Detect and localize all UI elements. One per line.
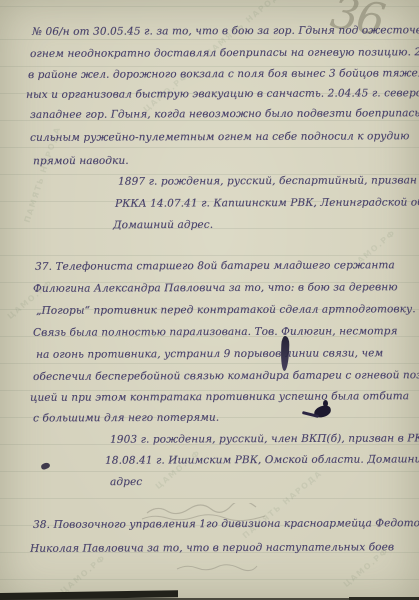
- pencil-annotation: [140, 513, 270, 523]
- handwritten-line: „Погоры“ противник перед контратакой сде…: [36, 304, 416, 316]
- handwritten-line: в районе жел. дорожного вокзала с поля б…: [28, 68, 419, 80]
- handwritten-line: 1897 г. рождения, русский, беспартийный,…: [118, 175, 419, 187]
- handwritten-line: на огонь противника, устранил 9 порывов …: [36, 348, 383, 360]
- handwritten-line: 18.08.41 г. Ишимским РВК, Омской области…: [105, 454, 419, 466]
- ink-blot-dot: [323, 400, 328, 407]
- handwritten-line: цией и при этом контратака противника ус…: [30, 391, 409, 403]
- handwritten-line: РККА 14.07.41 г. Капшинским РВК, Ленингр…: [115, 197, 419, 209]
- pencil-page-number: 36: [327, 0, 387, 46]
- ink-blot: [302, 401, 332, 421]
- ink-blot: [280, 336, 289, 371]
- scanned-document-page: ПАМЯТЬ НАРОДА ПАМЯТЬ НАРОДА ЦАМО.РФ ЦАМО…: [0, 0, 419, 600]
- pencil-annotation: [175, 563, 260, 573]
- handwritten-line: с большими для него потерями.: [33, 413, 219, 424]
- handwritten-line: № 06/н от 30.05.45 г. за то, что в бою з…: [32, 25, 419, 37]
- handwritten-line: Связь была полностью парализована. Тов. …: [33, 326, 398, 338]
- handwritten-line: огнем неоднократно доставлял боеприпасы …: [30, 47, 419, 59]
- handwritten-line: адрес: [110, 477, 142, 488]
- handwritten-line: Домашний адрес.: [113, 220, 213, 231]
- handwritten-line: сильным ружейно-пулеметным огнем на себе…: [30, 131, 409, 143]
- handwritten-line: Филюгина Александра Павловича за то, что…: [33, 282, 398, 294]
- watermark-text: ЦАМО.РФ: [59, 553, 108, 596]
- handwritten-line: обеспечил бесперебойной связью командира…: [33, 370, 419, 382]
- handwritten-line: западнее гор. Гдыня, когда невозможно бы…: [30, 108, 419, 120]
- ink-blot: [40, 462, 51, 471]
- handwritten-line: 37. Телефониста старшего 8ой батареи мла…: [35, 260, 395, 272]
- handwritten-line: ных и организовал быструю эвакуацию в са…: [26, 88, 419, 100]
- handwritten-line: прямой наводки.: [33, 156, 129, 167]
- handwritten-line: Николая Павловича за то, что в период на…: [30, 542, 394, 554]
- handwritten-line: 1903 г. рождения, русский, член ВКП(б), …: [110, 433, 419, 445]
